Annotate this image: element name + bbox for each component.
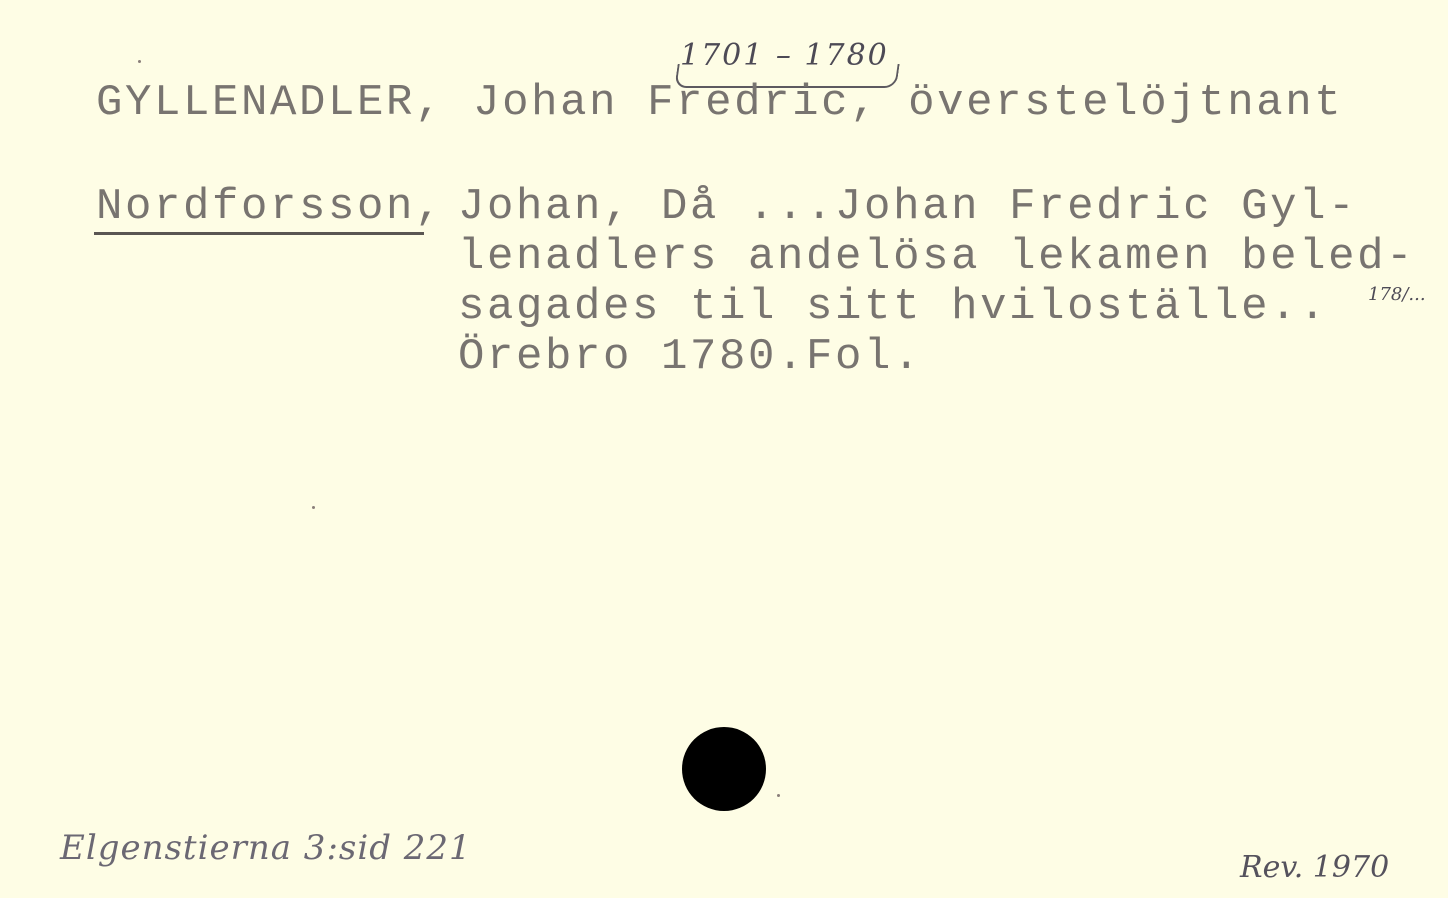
reference-author: Nordforsson, <box>96 182 444 232</box>
reference-author-underline <box>94 232 424 235</box>
heading-surname: GYLLENADLER, <box>96 78 444 128</box>
heading-given-names: Johan Fredric, <box>473 78 879 128</box>
entry-line-1: Johan, Då ...Johan Fredric Gyl- <box>458 182 1357 232</box>
handwritten-source-reference: Elgenstierna 3:sid 221 <box>60 828 472 868</box>
heading-title: överstelöjtnant <box>908 78 1343 128</box>
entry-line-3: sagades til sitt hviloställe.. <box>458 282 1328 332</box>
handwritten-revision-note: Rev. 1970 <box>1240 850 1389 885</box>
paper-speck <box>312 506 315 509</box>
card-heading: GYLLENADLER, Johan Fredric, överstelöjtn… <box>96 78 1343 128</box>
catalog-card: 1701 – 1780 GYLLENADLER, Johan Fredric, … <box>0 0 1448 898</box>
entry-line-2: lenadlers andelösa lekamen beled- <box>458 232 1415 282</box>
ink-speck <box>777 794 780 797</box>
punch-hole <box>682 727 766 811</box>
entry-line-4: Örebro 1780.Fol. <box>458 332 922 382</box>
handwritten-margin-note: 178/... <box>1368 284 1426 305</box>
paper-speck <box>138 60 141 63</box>
